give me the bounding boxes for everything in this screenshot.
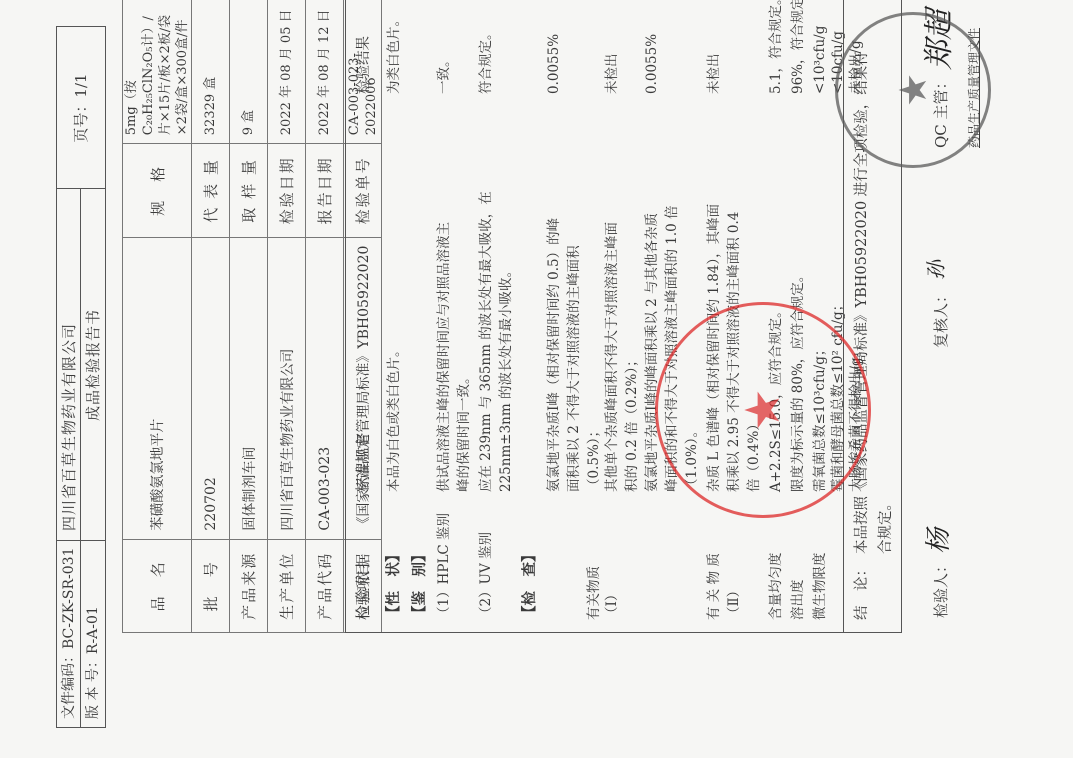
- column-headers: 检验项目 标准规定 检验结果 结论: [346, 0, 382, 632]
- test-item: 【检 查】: [520, 548, 540, 621]
- product-info-table: 品 名苯磺酸氨氯地平片规 格5mg（按 C₂₀H₂₅ClN₂O₅计）/片×15片…: [122, 0, 382, 633]
- test-item: （2）UV 鉴别: [476, 532, 496, 620]
- reviewer-signature: 孙: [920, 260, 949, 280]
- info-row: 生产单位四川省百草生物药业有限公司检验日期2022 年 08 月 05 日: [268, 0, 306, 633]
- test-item: 含量均匀度: [766, 553, 786, 621]
- info-label: 批 号: [192, 539, 230, 632]
- company-name: 四川省百草生物药业有限公司: [57, 189, 81, 541]
- info-label: 生产单位: [268, 539, 306, 632]
- col-result: 检验结果: [346, 36, 382, 94]
- test-item: 【鉴 别】: [410, 548, 430, 621]
- test-standard: 本品为白色或类白色片。: [384, 344, 404, 493]
- test-standard: 积的 0.2 倍（0.2%）；: [622, 353, 642, 492]
- test-result: <10³cfu/g: [810, 26, 830, 94]
- info-value: 220702: [192, 237, 230, 539]
- test-standard: 峰的保留时间一致。: [454, 371, 474, 493]
- reviewer-label: 复核人：: [930, 288, 951, 348]
- test-item: （Ⅰ）: [602, 588, 622, 620]
- info-label: 规 格: [123, 144, 192, 237]
- test-result: 0.0055%: [544, 34, 564, 94]
- test-result: 5.1，符合规定。: [766, 0, 786, 94]
- info-row: 批 号220702代 表 量32329 盒: [192, 0, 230, 633]
- info-value: 32329 盒: [192, 0, 230, 144]
- test-result: 未检出: [704, 54, 724, 95]
- inspector-signature: 杨: [918, 528, 955, 554]
- doc-code-label: 文件编码：: [61, 649, 77, 719]
- info-label: 产品代码: [306, 539, 344, 632]
- inspection-report-page: 文件编码：BC-ZK-SR-031 版 本 号：R-A-01 四川省百草生物药业…: [0, 0, 1073, 758]
- page-label: 页号：: [72, 98, 90, 143]
- info-value: 9 盒: [230, 0, 268, 144]
- info-row: 产品来源固体制剂车间取 样 量9 盒: [230, 0, 268, 633]
- col-standard: 标准规定: [346, 434, 382, 492]
- info-value: 5mg（按 C₂₀H₂₅ClN₂O₅计）/片×15片/板×2板/袋×2袋/盒×3…: [123, 0, 192, 144]
- test-standard: 应在 239nm 与 365nm 的波长处有最大吸收，在: [476, 191, 496, 492]
- test-result: 为类白色片。: [384, 13, 404, 94]
- test-item: （Ⅱ）: [724, 584, 744, 620]
- page-value: 1/1: [72, 73, 90, 97]
- test-standard: （0.5%）；: [584, 424, 604, 492]
- test-standard: 其他单个杂质峰面积不得大于对照溶液主峰面: [602, 222, 622, 492]
- info-value: 2022 年 08 月 12 日: [306, 0, 344, 144]
- test-result: 未检出: [602, 54, 622, 95]
- gray-inspection-stamp: ★: [835, 12, 991, 168]
- test-item: 微生物限度: [810, 553, 830, 621]
- test-standard: 面积乘以 2 不得大于对照溶液的主峰面积: [564, 245, 584, 492]
- title-block: 四川省百草生物药业有限公司 成品检验报告书: [57, 188, 105, 541]
- test-item: 溶出度: [788, 580, 808, 621]
- info-value: 苯磺酸氨氯地平片: [123, 237, 192, 539]
- info-label: 代 表 量: [192, 144, 230, 237]
- test-standard: 供试品溶液主峰的保留时间应与对照品溶液主: [434, 222, 454, 492]
- conclusion-text-2: 合规定。: [874, 496, 895, 554]
- doc-code: BC-ZK-SR-031: [61, 548, 77, 649]
- report-title: 成品检验报告书: [81, 189, 105, 541]
- test-standard: 氨氯地平杂质Ⅰ峰的峰面积乘以 2 与其他各杂质: [642, 213, 662, 492]
- info-label: 品 名: [123, 539, 192, 632]
- test-result: 符合规定。: [476, 27, 496, 95]
- star-icon: ★: [891, 73, 935, 107]
- test-item: 有关物质: [584, 566, 604, 620]
- info-row: 品 名苯磺酸氨氯地平片规 格5mg（按 C₂₀H₂₅ClN₂O₅计）/片×15片…: [123, 0, 192, 633]
- version: R-A-01: [85, 606, 101, 654]
- test-result: 0.0055%: [642, 34, 662, 94]
- red-company-stamp: ★: [655, 302, 871, 518]
- test-standard: 氨氯地平杂质Ⅰ峰（相对保留时间约 0.5）的峰: [544, 218, 564, 492]
- test-result: 一致。: [434, 54, 454, 95]
- info-label: 报告日期: [306, 144, 344, 237]
- conclusion-label: 结 论：: [850, 562, 871, 620]
- col-item: 检验项目: [346, 562, 382, 620]
- document-header: 文件编码：BC-ZK-SR-031 版 本 号：R-A-01 四川省百草生物药业…: [56, 26, 106, 728]
- info-value: 四川省百草生物药业有限公司: [268, 237, 306, 539]
- info-label: 检验日期: [268, 144, 306, 237]
- test-result: 96%，符合规定。: [788, 0, 808, 94]
- info-label: 产品来源: [230, 539, 268, 632]
- version-label: 版 本 号：: [85, 654, 101, 719]
- doc-code-block: 文件编码：BC-ZK-SR-031 版 本 号：R-A-01: [57, 540, 105, 727]
- test-item: 【性 状】: [384, 548, 404, 621]
- scanned-document-frame: 文件编码：BC-ZK-SR-031 版 本 号：R-A-01 四川省百草生物药业…: [0, 0, 1073, 758]
- test-item: 有 关 物 质: [704, 553, 724, 620]
- test-item: （1）HPLC 鉴别: [434, 513, 454, 620]
- test-standard: 225nm±3nm 的波长处有最小吸收。: [496, 264, 516, 492]
- info-value: 固体制剂车间: [230, 237, 268, 539]
- inspector-label: 检验人：: [930, 558, 951, 618]
- info-value: 2022 年 08 月 05 日: [268, 0, 306, 144]
- info-row: 产品代码CA-003-023报告日期2022 年 08 月 12 日: [306, 0, 344, 633]
- info-value: CA-003-023: [306, 237, 344, 539]
- info-label: 取 样 量: [230, 144, 268, 237]
- star-icon: ★: [735, 388, 791, 431]
- page-number: 页号：1/1: [57, 27, 105, 189]
